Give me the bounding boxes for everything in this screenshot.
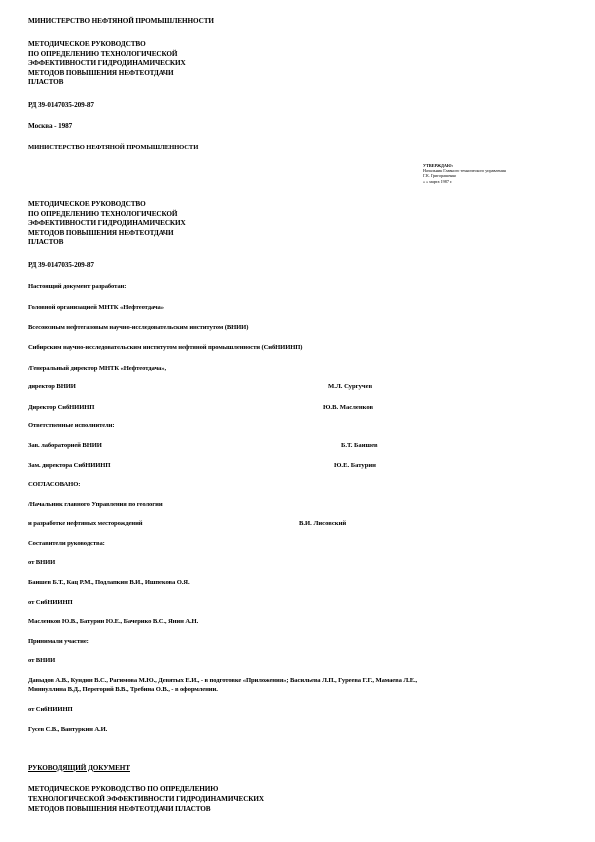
agreed-heading: СОГЛАСОВАНО: bbox=[28, 480, 80, 489]
title-line-3: ЭФФЕКТИВНОСТИ ГИДРОДИНАМИЧЕСКИХ bbox=[28, 59, 186, 68]
participants-from-vnii: от ВНИИ bbox=[28, 656, 55, 665]
signature-role-1: директор ВНИИ bbox=[28, 382, 76, 391]
approval-line-3: « » марта 1987 г. bbox=[423, 179, 506, 184]
title2-line-5: ПЛАСТОВ bbox=[28, 238, 63, 247]
participants-heading: Принимали участие: bbox=[28, 637, 89, 646]
developer-org-3: Сибирским научно-исследовательским инсти… bbox=[28, 343, 302, 352]
developers-intro: Настоящий документ разработан: bbox=[28, 282, 126, 291]
guide-line-2: ТЕХНОЛОГИЧЕСКОЙ ЭФФЕКТИВНОСТИ ГИДРОДИНАМ… bbox=[28, 795, 264, 804]
executors-heading: Ответственные исполнители: bbox=[28, 421, 114, 430]
title2-line-2: ПО ОПРЕДЕЛЕНИЮ ТЕХНОЛОГИЧЕСКОЙ bbox=[28, 210, 177, 219]
title2-line-1: МЕТОДИЧЕСКОЕ РУКОВОДСТВО bbox=[28, 200, 146, 209]
doc-code: РД 39-0147035-209-87 bbox=[28, 101, 94, 110]
participants-sib-names: Гусев С.В., Вантуркин А.И. bbox=[28, 725, 107, 734]
guide-line-3: МЕТОДОВ ПОВЫШЕНИЯ НЕФТЕОТДАЧИ ПЛАСТОВ bbox=[28, 805, 210, 814]
agreed-line-2: и разработке нефтяных месторождений bbox=[28, 519, 143, 528]
title-line-4: МЕТОДОВ ПОВЫШЕНИЯ НЕФТЕОТДАЧИ bbox=[28, 69, 173, 78]
general-director: /Генеральный директор МНТК «Нефтеотдача»… bbox=[28, 364, 166, 373]
executor-role-1: Зав. лабораторией ВНИИ bbox=[28, 441, 102, 450]
developer-org-1: Головной организацией МНТК «Нефтеотдача» bbox=[28, 303, 164, 312]
city-year: Москва - 1987 bbox=[28, 122, 72, 131]
developer-org-2: Всесоюзным нефтегазовым научно-исследова… bbox=[28, 323, 248, 332]
doc-code-2: РД 39-0147035-209-87 bbox=[28, 261, 94, 270]
participants-vnii-line-1: Давыдов А.В., Кундин В.С., Рагимова М.Ю.… bbox=[28, 676, 417, 685]
title-line-1: МЕТОДИЧЕСКОЕ РУКОВОДСТВО bbox=[28, 40, 146, 49]
authors-vnii-names: Баишев Б.Т., Кац Р.М., Подлапкин В.И., И… bbox=[28, 578, 190, 587]
executor-name-2: Ю.Е. Батурин bbox=[334, 461, 376, 470]
agreed-line-1: /Начальник главного Управления по геолог… bbox=[28, 500, 163, 509]
signature-name-1: М.Л. Сургучев bbox=[328, 382, 372, 391]
title2-line-4: МЕТОДОВ ПОВЫШЕНИЯ НЕФТЕОТДАЧИ bbox=[28, 229, 173, 238]
participants-vnii-line-2: Миннуллина В.Д., Перегорий В.В., Требина… bbox=[28, 685, 218, 694]
participants-from-sib: от СибНИИНП bbox=[28, 705, 73, 714]
title-line-5: ПЛАСТОВ bbox=[28, 78, 63, 87]
executor-role-2: Зам. директора СибНИИНП bbox=[28, 461, 110, 470]
authors-heading: Составители руководства: bbox=[28, 539, 105, 548]
agreed-name: В.И. Лисовский bbox=[299, 519, 346, 528]
guide-line-1: МЕТОДИЧЕСКОЕ РУКОВОДСТВО ПО ОПРЕДЕЛЕНИЮ bbox=[28, 785, 218, 794]
ministry-heading-repeat: МИНИСТЕРСТВО НЕФТЯНОЙ ПРОМЫШЛЕННОСТИ bbox=[28, 143, 198, 152]
approval-block: УТВЕРЖДАЮ: Начальник Главного техническо… bbox=[423, 163, 506, 184]
authors-from-vnii: от ВНИИ bbox=[28, 558, 55, 567]
signature-role-2: Директор СибНИИНП bbox=[28, 403, 94, 412]
guide-heading: РУКОВОДЯЩИЙ ДОКУМЕНТ bbox=[28, 764, 130, 773]
authors-from-sib: от СибНИИНП bbox=[28, 598, 73, 607]
title2-line-3: ЭФФЕКТИВНОСТИ ГИДРОДИНАМИЧЕСКИХ bbox=[28, 219, 186, 228]
authors-sib-names: Масленков Ю.В., Батурин Ю.Е., Бачерико В… bbox=[28, 617, 198, 626]
signature-name-2: Ю.В. Масленков bbox=[323, 403, 373, 412]
executor-name-1: Б.Т. Баишев bbox=[341, 441, 378, 450]
ministry-heading: МИНИСТЕРСТВО НЕФТЯНОЙ ПРОМЫШЛЕННОСТИ bbox=[28, 17, 214, 26]
title-line-2: ПО ОПРЕДЕЛЕНИЮ ТЕХНОЛОГИЧЕСКОЙ bbox=[28, 50, 177, 59]
